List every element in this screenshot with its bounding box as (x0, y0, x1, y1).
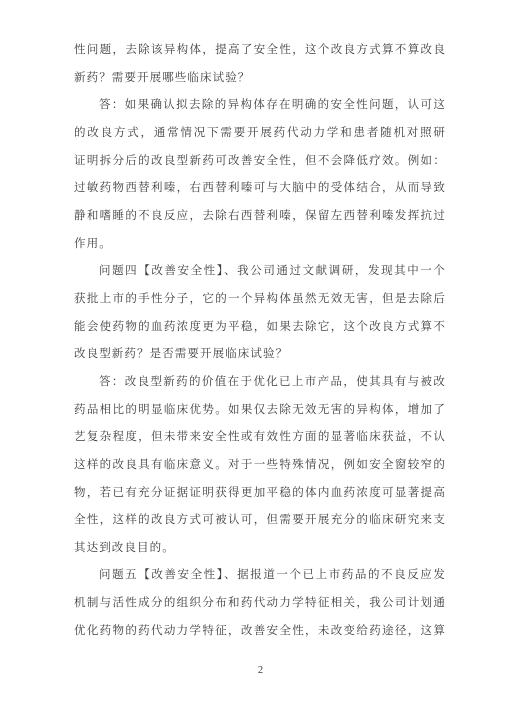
text-line: 全性，这样的改良方式可被认可，但需要开展充分的临床研究来支持 (74, 507, 446, 535)
text-line: 艺复杂程度，但未带来安全性或有效性方面的显著临床获益，不认为 (74, 424, 446, 452)
text-line: 静和嗜睡的不良反应，去除右西替利嗪，保留左西替利嗪发挥抗过敏 (74, 203, 446, 231)
text-line: 这样的改良具有临床意义。对于一些特殊情况，例如安全窗较窄的药 (74, 452, 446, 480)
text-line: 获批上市的手性分子，它的一个异构体虽然无效无害，但是去除后可 (74, 286, 446, 314)
text-line: 优化药物的药代动力学特征，改善安全性，未改变给药途径，这算不 (74, 618, 446, 646)
text-line: 能会使药物的血药浓度更为平稳，如果去除它，这个改良方式算不算 (74, 314, 446, 342)
document-page: 性问题，去除该异构体，提高了安全性，这个改良方式算不算改良型新药？需要开展哪些临… (0, 0, 521, 716)
text-line: 其达到改良目的。 (74, 535, 446, 563)
text-line: 的改良方式，通常情况下需要开展药代动力学和患者随机对照研究， (74, 120, 446, 148)
text-line: 问题五【改善安全性】、据报道一个已上市药品的不良反应发生 (74, 562, 446, 590)
text-line: 答：改良型新药的价值在于优化已上市产品，使其具有与被改良 (74, 369, 446, 397)
text-line: 答：如果确认拟去除的异构体存在明确的安全性问题，认可这样 (74, 92, 446, 120)
text-line: 新药？需要开展哪些临床试验？ (74, 65, 446, 93)
text-line: 问题四【改善安全性】、我公司通过文献调研，发现其中一个已 (74, 258, 446, 286)
text-line: 机制与活性成分的组织分布和药代动力学特征相关，我公司计划通过 (74, 590, 446, 618)
text-line: 药品相比的明显临床优势。如果仅去除无效无害的异构体，增加了工 (74, 397, 446, 425)
text-line: 物，若已有充分证据证明获得更加平稳的体内血药浓度可显著提高安 (74, 480, 446, 508)
text-line: 性问题，去除该异构体，提高了安全性，这个改良方式算不算改良型 (74, 37, 446, 65)
text-line: 改良型新药？是否需要开展临床试验？ (74, 341, 446, 369)
text-line: 过敏药物西替利嗪，右西替利嗪可与大脑中的受体结合，从而导致镇 (74, 175, 446, 203)
document-text-block: 性问题，去除该异构体，提高了安全性，这个改良方式算不算改良型新药？需要开展哪些临… (74, 37, 446, 645)
page-number: 2 (0, 662, 521, 680)
text-line: 作用。 (74, 231, 446, 259)
text-line: 证明拆分后的改良型新药可改善安全性，但不会降低疗效。例如：抗 (74, 148, 446, 176)
